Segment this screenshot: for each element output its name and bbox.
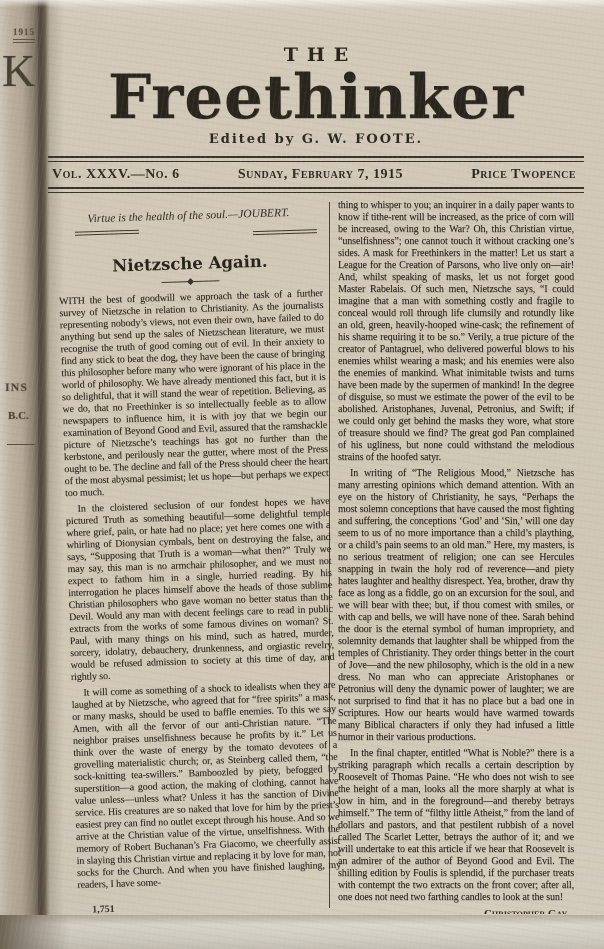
article-paragraph: In writing of “The Religious Mood,” Niet…	[338, 468, 574, 744]
motto-separator-rules	[57, 222, 321, 244]
margin-overleaf-fragment-1: INS	[5, 380, 28, 395]
margin-year-fragment: 1915	[13, 27, 35, 43]
scan-bottom-corner-shadow	[0, 915, 70, 949]
scanned-newspaper-page: 1915 K INS B.C. THE Freethinker Edited b…	[0, 0, 604, 949]
masthead-title: Freethinker	[46, 66, 586, 130]
printed-page-area: THE Freethinker Edited by G. W. FOOTE. V…	[46, 0, 586, 915]
rule-below-issue-bar	[48, 187, 584, 193]
motto-rule-left	[75, 230, 139, 236]
scan-top-edge	[0, 0, 604, 7]
page-folio-number: 1,751	[78, 897, 342, 914]
issue-date: Sunday, February 7, 1915	[238, 167, 403, 183]
article-paragraph: thing to whisper to you; an inquirer in …	[338, 200, 574, 464]
masthead-editor-byline: Edited by G. W. FOOTE.	[46, 132, 586, 147]
article-columns: Virtue is the health of the soul.—JOUBER…	[46, 200, 586, 914]
issue-info-bar: Vol. XXXV.—No. 6 Sunday, February 7, 191…	[46, 162, 586, 187]
margin-overleaf-letter: K	[2, 48, 35, 94]
margin-overleaf-fragment-2: B.C.	[8, 410, 29, 422]
motto-rule-right	[253, 229, 317, 235]
margin-dash-rule	[7, 444, 35, 445]
article-title: Nietzsche Again.	[58, 250, 322, 277]
issue-price: Price Twopence	[471, 167, 576, 183]
article-paragraph: WITH the best of goodwill we approach th…	[59, 288, 329, 500]
author-signature: Christopher Gay.	[338, 908, 574, 914]
article-paragraph: In the final chapter, entitled “What is …	[338, 748, 574, 904]
title-rule-ornament-icon	[161, 280, 219, 283]
right-column: thing to whisper to you; an inquirer in …	[338, 200, 586, 914]
article-paragraph: In the cloistered seclusion of our fonde…	[65, 496, 335, 684]
volume-number: Vol. XXXV.—No. 6	[52, 167, 180, 183]
article-paragraph: It will come as something of a shock to …	[71, 680, 341, 892]
left-column: Virtue is the health of the soul.—JOUBER…	[46, 200, 342, 914]
scan-bottom-edge	[0, 915, 604, 949]
